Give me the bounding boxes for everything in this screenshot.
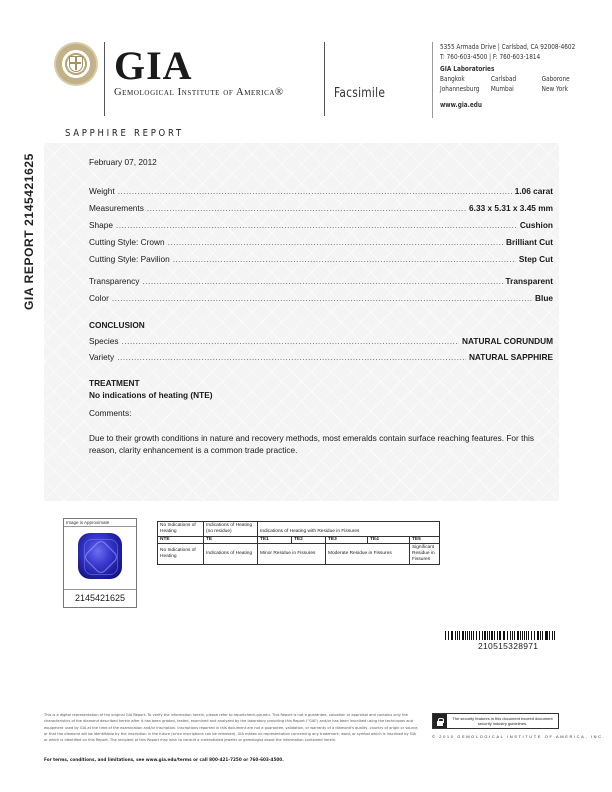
comments-label: Comments:	[89, 408, 131, 418]
image-caption: Image is Approximate	[64, 519, 136, 527]
divider	[324, 42, 325, 116]
field-row-weight: Weight1.06 carat	[89, 186, 553, 196]
field-row-color: ColorBlue	[89, 293, 553, 303]
table-cell: TE3	[326, 537, 368, 544]
table-cell: No Indications of Heating	[158, 544, 204, 565]
divider	[104, 42, 105, 116]
table-cell: TE1	[258, 537, 292, 544]
field-label: Weight	[89, 186, 115, 196]
table-cell: Indications of Heating with Residue in F…	[258, 522, 440, 537]
table-cell: Significant Residue in Fissures	[410, 544, 440, 565]
lab-location: New York	[542, 84, 593, 94]
field-label: Measurements	[89, 203, 144, 213]
vertical-report-id: GIA REPORT 2145421625	[22, 153, 36, 310]
facsimile-label: Facsimile	[334, 86, 385, 101]
field-value: NATURAL CORUNDUM	[462, 336, 553, 346]
table-cell: TE2	[292, 537, 326, 544]
leader-dots	[168, 237, 503, 247]
leader-dots	[116, 220, 517, 230]
leader-dots	[173, 254, 516, 264]
treatment-heading: TREATMENT	[89, 378, 140, 388]
conclusion-heading: CONCLUSION	[89, 320, 145, 330]
lab-location: Carlsbad	[491, 74, 542, 84]
table-cell: TE	[204, 537, 258, 544]
field-row-crown: Cutting Style: CrownBrilliant Cut	[89, 237, 553, 247]
field-value: NATURAL SAPPHIRE	[469, 352, 553, 362]
table-cell: No Indications of Heating	[158, 522, 204, 537]
address-block: 5355 Armada Drive | Carlsbad, CA 92008-4…	[440, 42, 593, 110]
labs-heading: GIA Laboratories	[440, 64, 593, 74]
leader-dots	[118, 186, 512, 196]
table-cell: Minor Residue in Fissures	[258, 544, 326, 565]
leader-dots	[112, 293, 532, 303]
shield-icon	[69, 56, 83, 72]
field-value: Transparent	[506, 276, 554, 286]
field-value: Step Cut	[519, 254, 553, 264]
gia-seal-icon	[54, 42, 98, 86]
stone-image-box: Image is Approximate 2145421625	[63, 518, 137, 608]
terms-text: For terms, conditions, and limitations, …	[44, 757, 284, 762]
phone-line: T: 760-603-4500 | F: 760-603-1814	[440, 52, 593, 62]
leader-dots	[142, 276, 502, 286]
disclaimer-text: This is a digital representation of the …	[44, 712, 419, 743]
lab-location: Gaborone	[542, 74, 593, 84]
report-date: February 07, 2012	[89, 157, 157, 167]
leader-dots	[147, 203, 466, 213]
field-label: Variety	[89, 352, 114, 362]
gia-logo: GIA	[114, 46, 193, 86]
field-label: Cutting Style: Pavilion	[89, 254, 170, 264]
labs-list: Bangkok Carlsbad Gaborone Johannesburg M…	[440, 74, 593, 94]
table-cell: Moderate Residue in Fissures	[326, 544, 410, 565]
lab-location: Johannesburg	[440, 84, 491, 94]
sapphire-image	[78, 533, 122, 579]
barcode	[445, 631, 555, 640]
gia-logo-subtitle: Gemological Institute of America®	[114, 87, 284, 98]
field-label: Color	[89, 293, 109, 303]
lock-icon	[433, 714, 447, 728]
field-row-measurements: Measurements6.33 x 5.31 x 3.45 mm	[89, 203, 553, 213]
treatment-legend-table: No Indications of Heating Indications of…	[157, 521, 440, 565]
field-label: Cutting Style: Crown	[89, 237, 165, 247]
field-value: 6.33 x 5.31 x 3.45 mm	[469, 203, 553, 213]
table-cell: Indications of Heating	[204, 544, 258, 565]
field-row-transparency: TransparencyTransparent	[89, 276, 553, 286]
security-notice: The security features in this document e…	[432, 713, 559, 729]
table-cell: TE4	[368, 537, 410, 544]
leader-dots	[122, 336, 460, 346]
field-label: Transparency	[89, 276, 139, 286]
field-value: Brilliant Cut	[506, 237, 553, 247]
field-label: Species	[89, 336, 119, 346]
copyright: © 2010 GEMOLOGICAL INSTITUTE OF AMERICA,…	[432, 734, 605, 739]
field-value: Blue	[535, 293, 553, 303]
report-title: SAPPHIRE REPORT	[65, 128, 184, 139]
comments-text: Due to their growth conditions in nature…	[89, 432, 553, 456]
security-text: The security features in this document e…	[447, 714, 558, 728]
field-value: 1.06 carat	[515, 186, 553, 196]
table-cell: NTE	[158, 537, 204, 544]
barcode-number: 210515328971	[478, 641, 538, 651]
field-row-variety: VarietyNATURAL SAPPHIRE	[89, 352, 553, 362]
field-label: Shape	[89, 220, 113, 230]
address-line: 5355 Armada Drive | Carlsbad, CA 92008-4…	[440, 42, 593, 52]
field-value: Cushion	[520, 220, 553, 230]
website-link[interactable]: www.gia.edu	[440, 100, 593, 110]
field-row-pavilion: Cutting Style: PavilionStep Cut	[89, 254, 553, 264]
stone-report-number: 2145421625	[64, 589, 136, 607]
leader-dots	[117, 352, 466, 362]
table-cell: TE5	[410, 537, 440, 544]
field-row-shape: ShapeCushion	[89, 220, 553, 230]
field-row-species: SpeciesNATURAL CORUNDUM	[89, 336, 553, 346]
treatment-value: No indications of heating (NTE)	[89, 390, 213, 400]
lab-location: Bangkok	[440, 74, 491, 84]
lab-location: Mumbai	[491, 84, 542, 94]
table-cell: Indications of Heating (no residue)	[204, 522, 258, 537]
divider	[432, 42, 433, 118]
